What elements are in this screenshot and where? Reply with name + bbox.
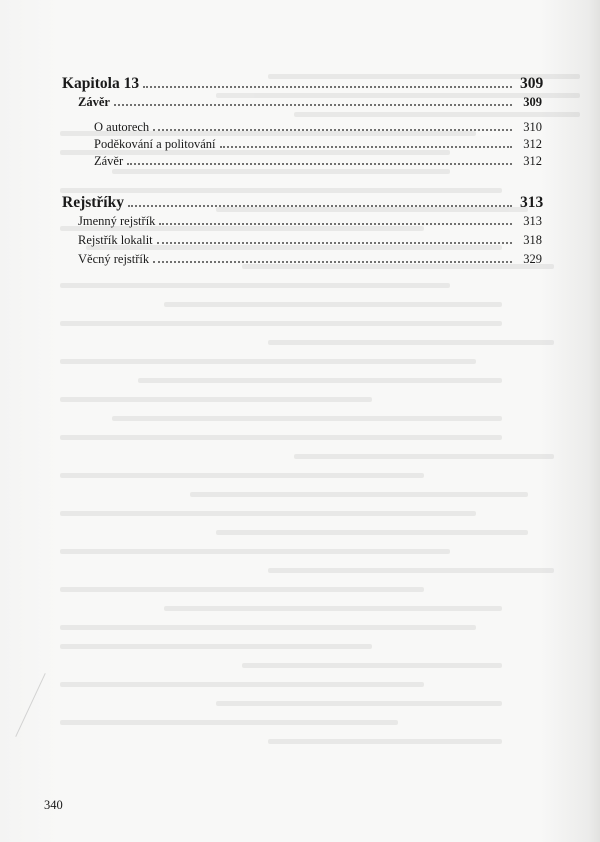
leader-dots <box>220 133 512 148</box>
book-page: Kapitola 13 309 Závěr 309 O autorech 310… <box>0 0 600 842</box>
toc-item-vecny-rejstrik[interactable]: Věcný rejstřík 329 <box>62 248 542 267</box>
leader-dots <box>153 116 512 131</box>
leader-dots <box>143 70 512 88</box>
paper-crease <box>15 673 45 737</box>
toc-item-rejstrik-lokalit[interactable]: Rejstřík lokalit 318 <box>62 229 542 248</box>
table-of-contents: Kapitola 13 309 Závěr 309 O autorech 310… <box>62 70 542 267</box>
leader-dots <box>159 210 512 225</box>
leader-dots <box>157 229 512 244</box>
leader-dots <box>127 150 512 165</box>
leader-dots <box>153 248 512 263</box>
leader-dots <box>114 91 512 106</box>
toc-chapter-13[interactable]: Kapitola 13 309 <box>62 70 542 91</box>
toc-item-o-autorech[interactable]: O autorech 310 <box>62 116 542 133</box>
toc-section-zaver[interactable]: Závěr 309 <box>62 91 542 110</box>
toc-item-zaver[interactable]: Závěr 312 <box>62 150 542 167</box>
page-number: 340 <box>44 798 63 813</box>
leader-dots <box>128 189 512 207</box>
toc-item-jmenny-rejstrik[interactable]: Jmenný rejstřík 313 <box>62 210 542 229</box>
toc-item-podekovani[interactable]: Poděkování a politování 312 <box>62 133 542 150</box>
toc-indexes[interactable]: Rejstříky 313 <box>62 189 542 210</box>
